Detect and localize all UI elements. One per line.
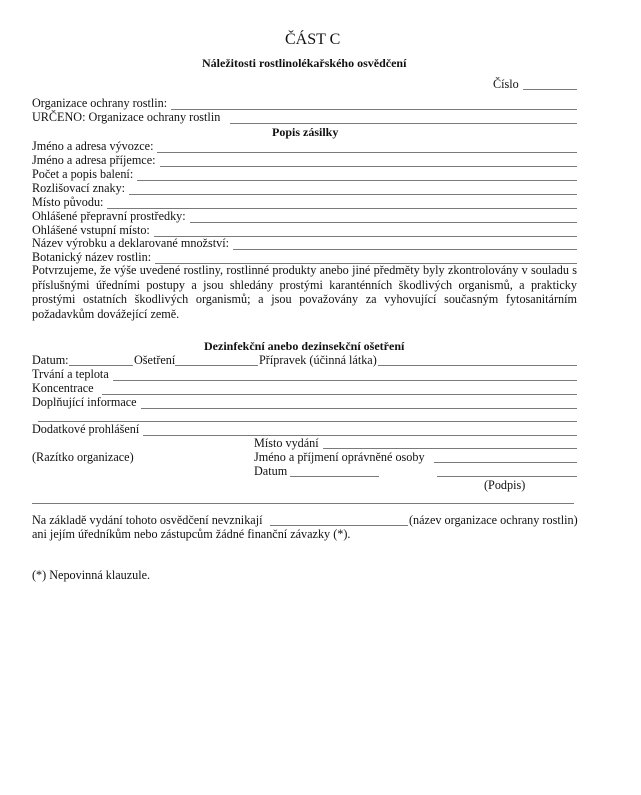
treatment-date-label: Datum: <box>32 353 69 367</box>
shipment-field-input-line[interactable] <box>190 211 577 223</box>
authorized-person-label: Jméno a příjmení oprávněné osoby <box>254 450 425 464</box>
additional-declaration-field[interactable]: Dodatkové prohlášení <box>32 422 577 436</box>
place-label: Místo vydání <box>254 436 319 450</box>
concentration-input-line[interactable] <box>102 383 577 395</box>
shipment-field-input-line[interactable] <box>107 197 577 209</box>
issue-date-field[interactable] <box>290 476 379 477</box>
liability-org-field[interactable] <box>270 525 408 526</box>
duration-label: Trvání a teplota <box>32 367 109 381</box>
additional-declaration-label: Dodatkové prohlášení <box>32 422 139 436</box>
shipment-field[interactable]: Rozlišovací znaky: <box>32 181 577 195</box>
signature-field[interactable] <box>437 476 577 477</box>
signature-label: (Podpis) <box>484 478 525 492</box>
footnote: (*) Nepovinná klauzule. <box>32 568 150 582</box>
shipment-field-label: Počet a popis balení: <box>32 167 133 181</box>
separator-line <box>32 503 574 504</box>
concentration-field[interactable]: Koncentrace <box>32 381 577 395</box>
shipment-field-label: Ohlášené vstupní místo: <box>32 223 150 237</box>
shipment-field[interactable]: Místo původu: <box>32 195 577 209</box>
shipment-field[interactable]: Jméno a adresa příjemce: <box>32 153 577 167</box>
shipment-field-label: Místo původu: <box>32 195 103 209</box>
shipment-field-label: Botanický název rostlin: <box>32 250 151 264</box>
concentration-label: Koncentrace <box>32 381 94 395</box>
issue-date-label: Datum <box>254 464 287 478</box>
additional-info-field[interactable]: Doplňující informace <box>32 395 577 409</box>
declaration-text: Potvrzujeme, že výše uvedené rostliny, r… <box>32 263 577 322</box>
additional-info-label: Doplňující informace <box>32 395 137 409</box>
addressed-to-input-line[interactable] <box>230 112 577 124</box>
number-label: Číslo <box>493 77 519 91</box>
shipment-heading: Popis zásilky <box>272 125 338 139</box>
org-input-line[interactable] <box>171 98 577 110</box>
stamp-label: (Razítko organizace) <box>32 450 134 464</box>
shipment-field-label: Jméno a adresa příjemce: <box>32 153 156 167</box>
shipment-field-label: Název výrobku a deklarované množství: <box>32 236 229 250</box>
place-field[interactable] <box>323 448 577 449</box>
shipment-field-label: Jméno a adresa vývozce: <box>32 139 153 153</box>
shipment-field[interactable]: Jméno a adresa vývozce: <box>32 139 577 153</box>
shipment-field[interactable]: Ohlášené přepravní prostředky: <box>32 209 577 223</box>
part-title: ČÁST C <box>285 33 340 47</box>
liability-text-2: ani jejím úředníkům nebo zástupcům žádné… <box>32 527 350 541</box>
additional-info-input-line[interactable] <box>141 397 577 409</box>
shipment-field-input-line[interactable] <box>233 238 577 250</box>
shipment-field-label: Ohlášené přepravní prostředky: <box>32 209 186 223</box>
duration-input-line[interactable] <box>113 369 577 381</box>
shipment-field-input-line[interactable] <box>157 141 577 153</box>
chemical-field[interactable] <box>378 365 577 366</box>
shipment-field[interactable]: Botanický název rostlin: <box>32 250 577 264</box>
liability-text-1: Na základě vydání tohoto osvědčení nevzn… <box>32 513 262 527</box>
duration-field[interactable]: Trvání a teplota <box>32 367 577 381</box>
additional-declaration-input-line[interactable] <box>143 424 577 436</box>
addressed-to-label: URČENO: Organizace ochrany rostlin <box>32 110 220 124</box>
treatment-field[interactable] <box>175 365 258 366</box>
org-field[interactable]: Organizace ochrany rostlin: <box>32 96 577 110</box>
shipment-field[interactable]: Počet a popis balení: <box>32 167 577 181</box>
org-label: Organizace ochrany rostlin: <box>32 96 167 110</box>
shipment-field[interactable]: Název výrobku a deklarované množství: <box>32 236 577 250</box>
treatment-label: Ošetření <box>134 353 175 367</box>
document-title: Náležitosti rostlinolékařského osvědčení <box>202 56 406 70</box>
liability-org-label: (název organizace ochrany rostlin) <box>409 513 578 527</box>
addressed-to-field[interactable]: URČENO: Organizace ochrany rostlin <box>32 110 577 124</box>
shipment-field-label: Rozlišovací znaky: <box>32 181 125 195</box>
shipment-field-input-line[interactable] <box>137 169 577 181</box>
shipment-field-input-line[interactable] <box>129 183 577 195</box>
treatment-date-field[interactable] <box>69 365 133 366</box>
treatment-heading: Dezinfekční anebo dezinsekční ošetření <box>204 339 404 353</box>
shipment-field-input-line[interactable] <box>160 155 577 167</box>
shipment-field[interactable]: Ohlášené vstupní místo: <box>32 223 577 237</box>
number-field[interactable] <box>523 89 577 90</box>
chemical-label: Přípravek (účinná látka) <box>259 353 377 367</box>
authorized-person-field[interactable] <box>434 462 577 463</box>
